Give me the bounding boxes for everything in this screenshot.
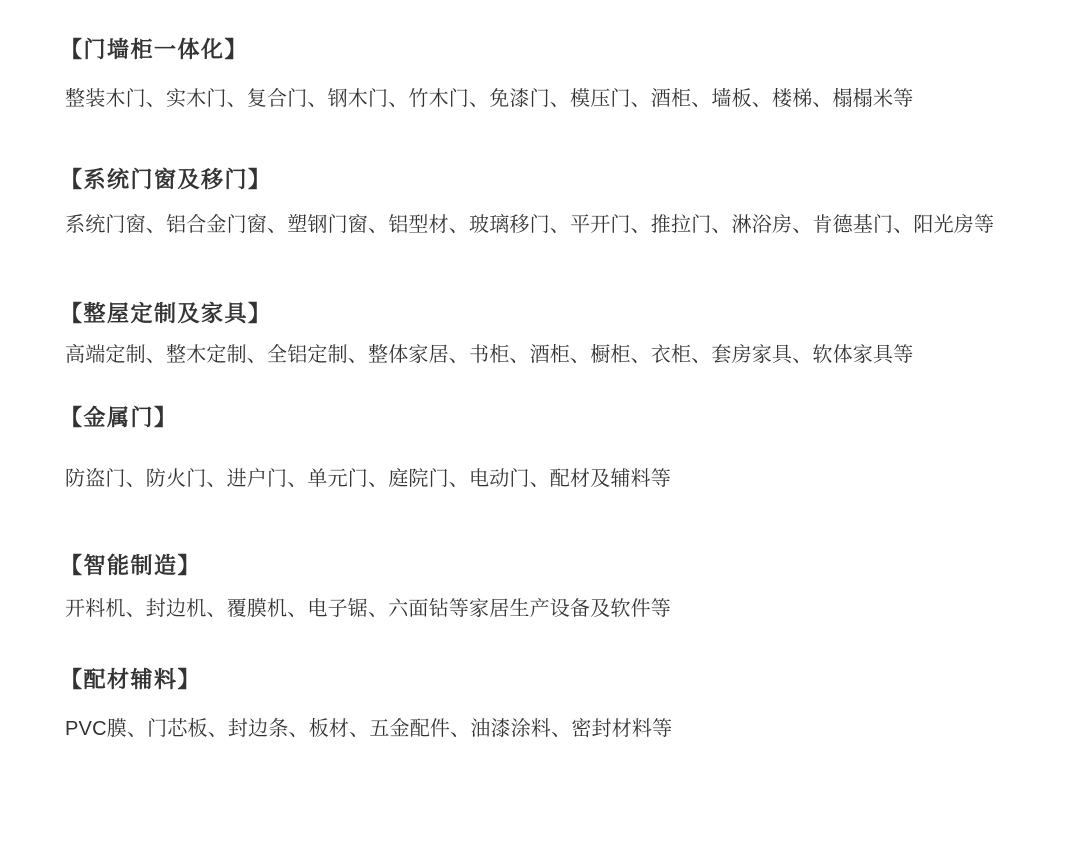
section-items: 开料机、封边机、覆膜机、电子锯、六面钻等家居生产设备及软件等 — [60, 596, 1040, 622]
section-system-doors-windows: 【系统门窗及移门】 系统门窗、铝合金门窗、塑钢门窗、铝型材、玻璃移门、平开门、推… — [60, 168, 1040, 238]
section-title: 【金属门】 — [60, 406, 1040, 430]
section-items: 防盗门、防火门、进户门、单元门、庭院门、电动门、配材及辅料等 — [60, 466, 1040, 492]
section-title: 【整屋定制及家具】 — [60, 302, 1040, 326]
section-whole-house-custom-furniture: 【整屋定制及家具】 高端定制、整木定制、全铝定制、整体家居、书柜、酒柜、橱柜、衣… — [60, 302, 1040, 368]
section-items: 系统门窗、铝合金门窗、塑钢门窗、铝型材、玻璃移门、平开门、推拉门、淋浴房、肯德基… — [60, 212, 1040, 238]
section-accessories-materials: 【配材辅料】 PVC膜、门芯板、封边条、板材、五金配件、油漆涂料、密封材料等 — [60, 668, 1040, 742]
section-smart-manufacturing: 【智能制造】 开料机、封边机、覆膜机、电子锯、六面钻等家居生产设备及软件等 — [60, 554, 1040, 622]
section-title: 【配材辅料】 — [60, 668, 1040, 692]
section-title: 【智能制造】 — [60, 554, 1040, 578]
section-integrated-door-wall-cabinet: 【门墙柜一体化】 整装木门、实木门、复合门、钢木门、竹木门、免漆门、模压门、酒柜… — [60, 38, 1040, 112]
section-items: 高端定制、整木定制、全铝定制、整体家居、书柜、酒柜、橱柜、衣柜、套房家具、软体家… — [60, 342, 1040, 368]
section-title: 【系统门窗及移门】 — [60, 168, 1040, 192]
section-items: 整装木门、实木门、复合门、钢木门、竹木门、免漆门、模压门、酒柜、墙板、楼梯、榻榻… — [60, 86, 1040, 112]
section-metal-doors: 【金属门】 防盗门、防火门、进户门、单元门、庭院门、电动门、配材及辅料等 — [60, 406, 1040, 492]
product-category-list-page: 【门墙柜一体化】 整装木门、实木门、复合门、钢木门、竹木门、免漆门、模压门、酒柜… — [0, 0, 1080, 850]
section-title: 【门墙柜一体化】 — [60, 38, 1040, 62]
section-items: PVC膜、门芯板、封边条、板材、五金配件、油漆涂料、密封材料等 — [60, 716, 1040, 742]
